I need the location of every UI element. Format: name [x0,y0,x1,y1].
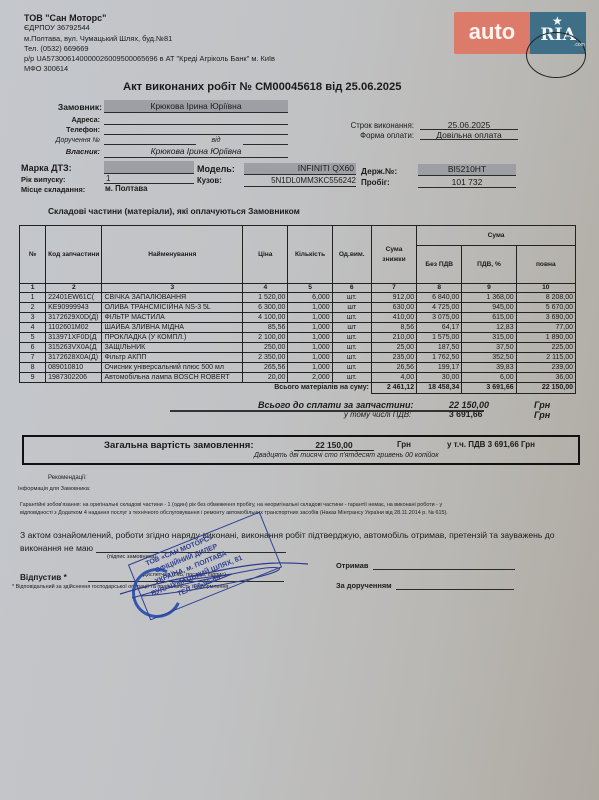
received-label: Отримав [336,561,368,570]
star-icon: ★ [552,14,563,28]
payable-currency: Грн [534,400,550,410]
customer-value: Крюкова Ірина Юріївна [104,100,288,112]
vehicle-body-label: Кузов: [197,176,222,185]
col-num: 10 [516,284,575,293]
part-vat-sum: 12,83 [462,323,516,333]
parts-vat-label: у тому числі ПДВ: [344,410,411,419]
document-title: Акт виконаних робіт № СМ00045618 від 25.… [123,81,401,93]
header-vat: ПДВ, % [462,246,516,284]
col-num: 2 [46,284,102,293]
part-unit: шт. [332,373,371,383]
warranty-text-line2: відповідності з Додатком 4 надання послу… [20,510,448,516]
customer-info-label: Інформація для Замовника: [18,486,90,492]
payable-rule [170,410,484,412]
table-row: 6315263VX0A(ДЗАЩІЛЬНИК250,001,000шт.25,0… [20,343,576,353]
part-vat-sum: 1 368,00 [462,293,516,303]
assembly-place-value: м. Полтава [105,184,147,193]
header-qty: Кількість [288,226,332,284]
part-net-sum: 1 762,50 [417,353,462,363]
header-name: Найменування [102,226,243,284]
row-number: 6 [20,343,46,353]
part-unit: шт. [332,293,371,303]
part-quantity: 1,000 [288,343,332,353]
vehicle-make-label: Марка ДТЗ: [21,163,72,173]
received-signature-line[interactable] [373,569,515,570]
header-unit: Од.вим. [332,226,371,284]
col-num: 5 [288,284,332,293]
owner-label: Власник: [30,147,100,156]
part-discount: 912,00 [371,293,416,303]
part-discount: 630,00 [371,303,416,313]
header-price: Ціна [243,226,288,284]
part-code: 315263VX0A(Д [46,343,102,353]
table-row: 91987302206Автомобільна лампа BOSCH ROBE… [20,373,576,383]
payment-form-label: Форма оплати: [290,131,414,140]
part-discount: 410,00 [371,313,416,323]
vehicle-year-label: Рік випуску: [21,175,66,184]
proxy-date-underline [243,144,288,145]
header-discount: Сума знижки [371,226,416,284]
row-number: 4 [20,323,46,333]
table-row: 41102601M02ШАЙБА ЗЛИВНА МІДНА85,561,000ш… [20,323,576,333]
table-row: 73172628X0A(Д)Фільтр АКПП2 350,001,000шт… [20,353,576,363]
part-discount: 235,00 [371,353,416,363]
col-num: 4 [243,284,288,293]
part-name: ФІЛЬТР МАСТИЛА [102,313,243,323]
part-unit: шт [332,323,371,333]
part-price: 4 100,00 [243,313,288,323]
part-vat-sum: 945,00 [462,303,516,313]
part-price: 250,00 [243,343,288,353]
header-sum-group: Сума [417,226,576,246]
part-net-sum: 199,17 [417,363,462,373]
address-underline [104,124,288,125]
part-code: 1102601M02 [46,323,102,333]
grand-total-vat-note: у т.ч. ПДВ 3 691,66 Грн [447,440,535,449]
parts-section-title: Складові частини (матеріали), які оплачу… [48,206,300,216]
row-number: 5 [20,333,46,343]
part-discount: 4,00 [371,373,416,383]
total-discount: 2 461,12 [371,383,416,394]
phone-underline [104,134,288,135]
part-unit: шт. [332,333,371,343]
company-name: ТОВ "Сан Моторс" [24,13,275,23]
vehicle-body-value: 5N1DL0MM3KC556242 [244,176,356,185]
handwritten-signature-icon [112,560,312,600]
proxy-from-label: від [206,137,226,144]
part-discount: 8,56 [371,323,416,333]
part-discount: 210,00 [371,333,416,343]
part-net-sum: 3 075,00 [417,313,462,323]
released-by-label: Відпустив * [20,573,67,582]
address-label: Адреса: [30,115,100,124]
part-quantity: 1,000 [288,353,332,363]
part-gross-sum: 225,00 [516,343,575,353]
grand-total-in-words: Двадцять дві тисячі сто п'ятдесят гривен… [254,452,439,459]
col-num: 9 [462,284,516,293]
part-net-sum: 187,50 [417,343,462,353]
table-row: 8089010810Очисник універсальний плюс 500… [20,363,576,373]
customer-label: Замовник: [30,102,102,112]
part-vat-sum: 352,50 [462,353,516,363]
part-discount: 25,00 [371,343,416,353]
logo-auto-text: auto [454,12,530,54]
part-gross-sum: 1 890,00 [516,333,575,343]
part-name: ЗАЩІЛЬНИК [102,343,243,353]
grand-total-currency: Грн [397,440,411,449]
autoria-watermark-logo: auto RIA ★ .com [454,12,586,54]
part-net-sum: 6 840,00 [417,293,462,303]
company-mfo: МФО 300614 [24,64,275,74]
col-num: 6 [332,284,371,293]
proxy-signature-label: За дорученням [336,581,392,590]
grand-total-box: Загальна вартість замовлення: 22 150,00 … [22,435,580,465]
part-price: 1 520,00 [243,293,288,303]
part-gross-sum: 8 208,00 [516,293,575,303]
plate-number-underline [418,175,516,176]
total-net: 18 458,34 [417,383,462,394]
part-quantity: 1,000 [288,323,332,333]
part-code: 089010810 [46,363,102,373]
grand-total-label: Загальна вартість замовлення: [104,440,254,451]
due-date-label: Строк виконання: [290,121,414,130]
part-code: 1987302206 [46,373,102,383]
part-net-sum: 4 725,00 [417,303,462,313]
table-row: 2KE90999943ОЛИВА ТРАНСМІСІЙНА NS-3 5L6 3… [20,303,576,313]
part-vat-sum: 315,00 [462,333,516,343]
part-name: Очисник універсальний плюс 500 мл [102,363,243,373]
owner-underline [104,157,288,158]
part-name: СВІЧКА ЗАПАЛЮВАННЯ [102,293,243,303]
row-number: 9 [20,373,46,383]
row-number: 7 [20,353,46,363]
part-quantity: 1,000 [288,333,332,343]
parts-vat-currency: Грн [534,410,550,420]
part-name: ШАЙБА ЗЛИВНА МІДНА [102,323,243,333]
col-num: 3 [102,284,243,293]
header-code: Код запчастини [46,226,102,284]
table-row: 33172629X0D(Д)ФІЛЬТР МАСТИЛА4 100,001,00… [20,313,576,323]
vehicle-model-label: Модель: [197,164,235,174]
part-unit: шт. [332,353,371,363]
vehicle-make-value [104,161,194,173]
company-details: ТОВ "Сан Моторс" ЄДРПОУ 36792544 м.Полта… [24,13,275,75]
payment-form-underline [420,139,518,140]
part-quantity: 6,000 [288,293,332,303]
mileage-label: Пробіг: [361,178,390,187]
plate-number-value: ВІ5210НТ [418,164,516,175]
col-num: 7 [371,284,416,293]
part-quantity: 1,000 [288,363,332,373]
part-discount: 26,56 [371,363,416,373]
row-number: 1 [20,293,46,303]
part-gross-sum: 36,00 [516,373,575,383]
plate-number-label: Держ.№: [361,166,397,176]
mileage-value: 101 732 [418,177,516,187]
part-unit: шт [332,303,371,313]
table-row: 5313971XF0D(ДПРОКЛАДКА (У КОМПЛ.)2 100,0… [20,333,576,343]
col-num: 8 [417,284,462,293]
payable-label: Всього до сплати за запчастини: [258,400,413,410]
part-unit: шт. [332,343,371,353]
part-net-sum: 30,00 [417,373,462,383]
materials-total-row: Всього матеріалів на суму: 2 461,12 18 4… [20,383,576,394]
part-quantity: 1,000 [288,313,332,323]
proxy-label: Доручення № [30,137,100,144]
part-name: Фільтр АКПП [102,353,243,363]
acknowledgement-line2: виконання не маю [20,543,93,553]
vehicle-make-underline [104,173,194,174]
mileage-underline [418,187,516,188]
part-gross-sum: 2 115,00 [516,353,575,363]
part-gross-sum: 5 670,00 [516,303,575,313]
work-completion-act-document: ТОВ "Сан Моторс" ЄДРПОУ 36792544 м.Полта… [0,0,599,800]
proxy-signature-line[interactable] [396,589,514,590]
row-number: 8 [20,363,46,373]
vehicle-year-value: 1 [106,174,110,183]
proxy-underline [104,144,196,145]
part-gross-sum: 3 690,00 [516,313,575,323]
table-row: 122401EW61C(СВІЧКА ЗАПАЛЮВАННЯ1 520,006,… [20,293,576,303]
part-unit: шт. [332,313,371,323]
column-number-row: 1 2 3 4 5 6 7 8 9 10 [20,284,576,293]
grand-total-amount: 22 150,00 [294,440,374,451]
company-edrpou: ЄДРПОУ 36792544 [24,23,275,33]
part-code: 313971XF0D(Д [46,333,102,343]
parts-vat-value: 3 691,66 [449,409,482,419]
company-bank-account: р/р UA573006140000026009500065696 в АТ "… [24,54,275,64]
part-vat-sum: 39,83 [462,363,516,373]
vehicle-model-value: INFINITI QX60 [244,163,356,174]
part-price: 2 350,00 [243,353,288,363]
warranty-text-line1: Гарантійні зобов'язання: на оригінальні … [20,502,442,508]
total-gross: 22 150,00 [516,383,575,394]
part-quantity: 2,000 [288,373,332,383]
part-net-sum: 64,17 [417,323,462,333]
part-price: 20,00 [243,373,288,383]
part-gross-sum: 77,00 [516,323,575,333]
header-no: № [20,226,46,284]
customer-underline [104,112,288,113]
part-name: Автомобільна лампа BOSCH ROBERT [102,373,243,383]
vehicle-body-underline [244,186,356,187]
nissan-ring-icon [526,32,586,78]
part-price: 2 100,00 [243,333,288,343]
part-quantity: 1,000 [288,303,332,313]
company-address: м.Полтава, вул. Чумацький Шлях, буд.№81 [24,34,275,44]
col-num: 1 [20,284,46,293]
part-net-sum: 1 575,00 [417,333,462,343]
phone-label: Телефон: [30,125,100,134]
logo-com-text: .com [574,42,585,48]
acknowledgement-line1: З актом ознайомлений, роботи згідно наря… [20,530,555,540]
owner-value: Крюкова Ірина Юріївна [104,146,288,156]
header-gross: повна [516,246,575,284]
part-gross-sum: 239,00 [516,363,575,373]
assembly-place-label: Місце складання: [21,185,85,194]
total-vat: 3 691,66 [462,383,516,394]
header-net: Без ПДВ [417,246,462,284]
part-code: 22401EW61C( [46,293,102,303]
part-price: 265,56 [243,363,288,373]
row-number: 2 [20,303,46,313]
materials-total-label: Всього матеріалів на суму: [243,383,372,394]
part-name: ПРОКЛАДКА (У КОМПЛ.) [102,333,243,343]
part-vat-sum: 37,50 [462,343,516,353]
parts-table: № Код запчастини Найменування Ціна Кільк… [19,225,576,394]
part-code: 3172628X0A(Д) [46,353,102,363]
part-price: 85,56 [243,323,288,333]
part-code: KE90999943 [46,303,102,313]
row-number: 3 [20,313,46,323]
vehicle-model-underline [244,174,356,175]
spacer [20,383,243,394]
part-vat-sum: 6,00 [462,373,516,383]
recommendations-label: Рекомендації: [48,475,87,481]
part-name: ОЛИВА ТРАНСМІСІЙНА NS-3 5L [102,303,243,313]
part-unit: шт. [332,363,371,373]
company-phone: Тел. (0532) 669669 [24,44,275,54]
part-price: 6 300,00 [243,303,288,313]
part-vat-sum: 615,00 [462,313,516,323]
part-code: 3172629X0D(Д) [46,313,102,323]
